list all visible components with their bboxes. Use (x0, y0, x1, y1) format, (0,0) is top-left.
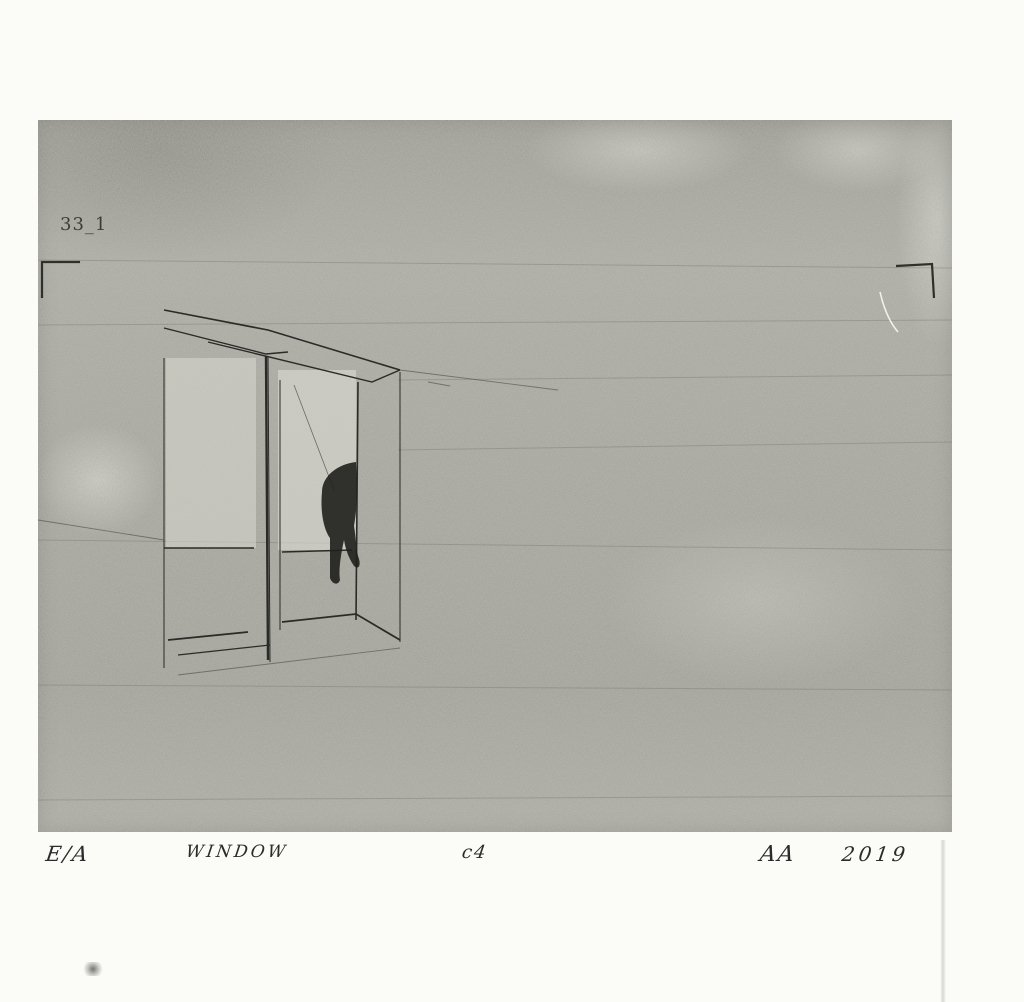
ink-speck (82, 962, 104, 976)
artist-signature: AA (758, 842, 797, 867)
drawing-lines (38, 120, 952, 832)
plate-number-mark: 33_1 (60, 214, 107, 235)
title-inscription: WINDOW (185, 842, 290, 862)
edition-inscription: E/A (44, 842, 91, 866)
year-inscription: 2019 (840, 842, 910, 866)
pencil-inscriptions: E/A WINDOW c4 AA 2019 (0, 838, 1024, 878)
paper-sheet: 33_1 E/A WINDOW c4 AA 2019 (0, 0, 1024, 1002)
number-inscription: c4 (461, 842, 489, 863)
etched-plate-image (38, 120, 952, 832)
